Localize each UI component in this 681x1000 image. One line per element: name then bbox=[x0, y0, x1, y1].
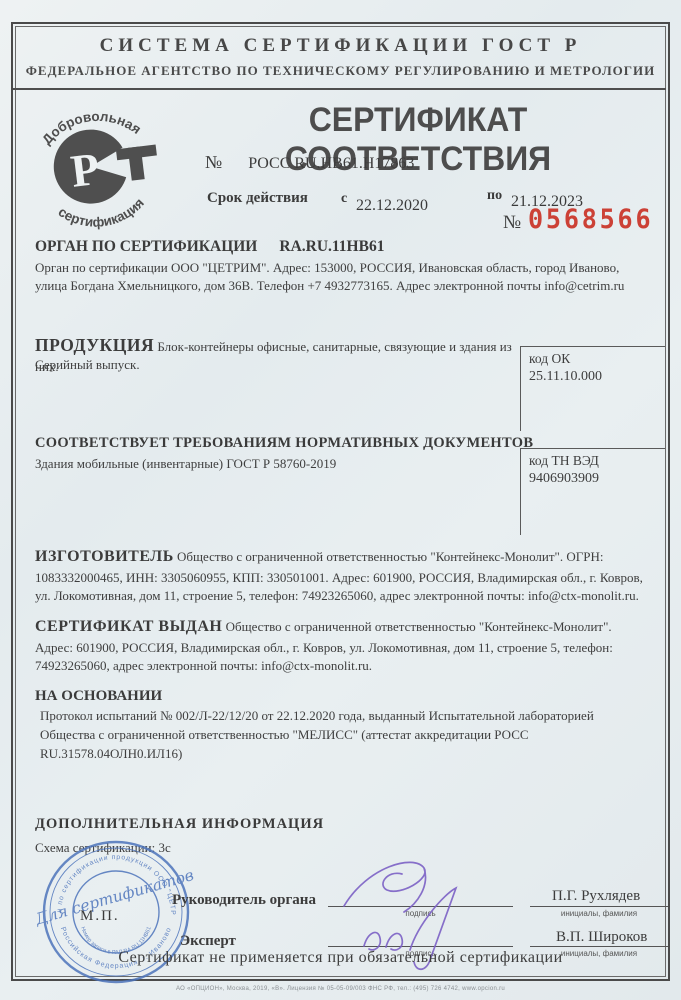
manufacturer-section: ИЗГОТОВИТЕЛЬ Общество с ограниченной отв… bbox=[35, 546, 647, 606]
header-divider bbox=[13, 88, 666, 90]
code-ok-value: 25.11.10.000 bbox=[529, 369, 665, 385]
agency-title: ФЕДЕРАЛЬНОЕ АГЕНТСТВО ПО ТЕХНИЧЕСКОМУ РЕ… bbox=[0, 63, 681, 79]
name-line-2 bbox=[530, 946, 668, 947]
code-ok-box: код ОК 25.11.10.000 bbox=[520, 346, 665, 431]
product-heading: ПРОДУКЦИЯ bbox=[35, 335, 154, 355]
product-body2: Серийный выпуск. bbox=[35, 357, 140, 373]
code-ok-label: код ОК bbox=[529, 351, 570, 366]
issued-to-heading: СЕРТИФИКАТ ВЫДАН bbox=[35, 618, 222, 635]
org-section-heading: ОРГАН ПО СЕРТИФИКАЦИИRA.RU.11НВ61 bbox=[35, 238, 384, 256]
rst-logo: Добровольная сертификация Р bbox=[15, 86, 176, 235]
code-tnved-box: код ТН ВЭД 9406903909 bbox=[520, 448, 665, 535]
org-heading: ОРГАН ПО СЕРТИФИКАЦИИ bbox=[35, 238, 257, 255]
validity-label: Срок действия bbox=[207, 190, 308, 207]
certificate-page: СИСТЕМА СЕРТИФИКАЦИИ ГОСТ Р ФЕДЕРАЛЬНОЕ … bbox=[0, 0, 681, 1000]
system-title: СИСТЕМА СЕРТИФИКАЦИИ ГОСТ Р bbox=[0, 35, 681, 57]
conforms-heading: СООТВЕТСТВУЕТ ТРЕБОВАНИЯМ НОРМАТИВНЫХ ДО… bbox=[35, 435, 533, 452]
validity-to-label: по bbox=[487, 188, 502, 204]
basis-body: Протокол испытаний № 002/Л-22/12/20 от 2… bbox=[40, 707, 640, 764]
additional-heading: ДОПОЛНИТЕЛЬНАЯ ИНФОРМАЦИЯ bbox=[35, 816, 324, 833]
svg-text:Р: Р bbox=[68, 143, 102, 197]
name-sublabel-1: инициалы, фамилия bbox=[530, 909, 668, 918]
expert-name: В.П. Широков bbox=[556, 929, 647, 946]
blank-serial-number: 0568566 bbox=[528, 204, 653, 235]
name-line-1 bbox=[530, 906, 668, 907]
code-tnved-label: код ТН ВЭД bbox=[529, 453, 599, 468]
head-of-body-name: П.Г. Рухлядев bbox=[552, 888, 640, 905]
print-shop-info: АО «ОПЦИОН», Москва, 2019, «В». Лицензия… bbox=[0, 986, 681, 992]
disclaimer: Сертификат не применяется при обязательн… bbox=[0, 949, 681, 967]
basis-heading: НА ОСНОВАНИИ bbox=[35, 688, 162, 705]
org-code: RA.RU.11НВ61 bbox=[279, 238, 384, 255]
head-of-body-label: Руководитель органа bbox=[172, 892, 316, 909]
stamp-place-label: М.П. bbox=[80, 908, 120, 925]
manufacturer-heading: ИЗГОТОВИТЕЛЬ bbox=[35, 548, 174, 565]
code-tnved-value: 9406903909 bbox=[529, 471, 665, 487]
number-sign: № bbox=[205, 152, 222, 172]
validity-from-date: 22.12.2020 bbox=[356, 197, 428, 215]
rst-mark-icon: Р bbox=[50, 122, 162, 208]
blank-number-sign: № bbox=[503, 212, 521, 234]
issued-to-section: СЕРТИФИКАТ ВЫДАН Общество с ограниченной… bbox=[35, 616, 647, 676]
org-body: Орган по сертификации ООО "ЦЕТРИМ". Адре… bbox=[35, 259, 643, 295]
cert-number-row: №РОСС RU.НВ61.Н17863 bbox=[205, 152, 414, 173]
cert-number: РОСС RU.НВ61.Н17863 bbox=[248, 155, 414, 172]
expert-label: Эксперт bbox=[180, 933, 236, 950]
conforms-body: Здания мобильные (инвентарные) ГОСТ Р 58… bbox=[35, 456, 336, 472]
validity-from-label: с bbox=[341, 191, 347, 207]
